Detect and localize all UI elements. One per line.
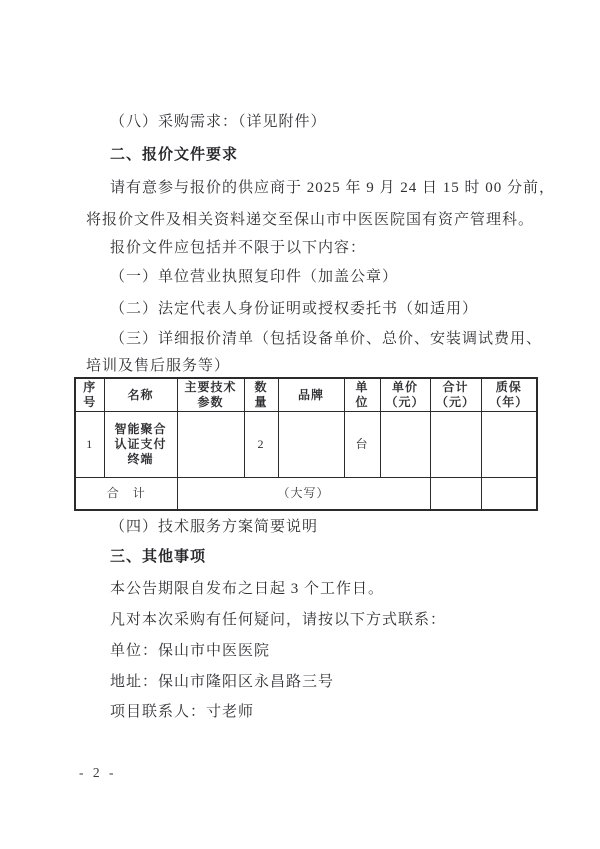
cell-unit-price [380,412,430,478]
header-seq: 序 号 [75,378,104,412]
cell-seq: 1 [75,412,104,478]
item-2-line: （二）法定代表人身份证明或授权委托书（如适用） [110,300,478,318]
submission-para-line-1: 请有意参与报价的供应商于 2025 年 9 月 24 日 15 时 00 分前， [110,179,555,197]
contact-intro-line: 凡对本次采购有任何疑问，请按以下方式联系： [110,611,446,629]
clause-8-line: （八）采购需求：（详见附件） [110,113,327,131]
item-3-line-2: 培训及售后服务等） [86,357,230,375]
header-name: 名称 [104,378,177,412]
table-header-row: 序 号 名称 主要技术 参数 数 量 品牌 单 位 单价 （元） 合计 （元） … [75,378,537,412]
item-3-line-1: （三）详细报价清单（包括设备单价、总价、安装调试费用、 [110,330,542,348]
header-tech-params: 主要技术 参数 [177,378,244,412]
cell-name: 智能聚合 认证支付 终端 [104,412,177,478]
header-unit: 单 位 [344,378,380,412]
document-page: （八）采购需求：（详见附件） 二、报价文件要求 请有意参与报价的供应商于 202… [0,0,600,849]
total-amount-cell [430,478,481,510]
cell-warranty [481,412,537,478]
contact-person-line: 项目联系人：寸老师 [110,703,254,721]
item-4-line: （四）技术服务方案简要说明 [110,518,318,536]
cell-total [430,412,481,478]
cell-unit: 台 [344,412,380,478]
section-2-heading: 二、报价文件要求 [110,146,238,164]
cell-brand [278,412,344,478]
table-total-row: 合 计 （大写） [75,478,537,510]
notice-period-line: 本公告期限自发布之日起 3 个工作日。 [110,580,384,598]
header-brand: 品牌 [278,378,344,412]
contents-intro-line: 报价文件应包括并不限于以下内容： [110,239,366,257]
cell-tech-params [177,412,244,478]
cell-qty: 2 [244,412,278,478]
header-qty: 数 量 [244,378,278,412]
total-label-cell: 合 计 [75,478,177,510]
header-total: 合计 （元） [430,378,481,412]
item-1-line: （一）单位营业执照复印件（加盖公章） [110,268,398,286]
contact-unit-line: 单位：保山市中医医院 [110,642,270,660]
price-table: 序 号 名称 主要技术 参数 数 量 品牌 单 位 单价 （元） 合计 （元） … [74,377,538,511]
caps-note-cell: （大写） [177,478,430,510]
total-warranty-cell [481,478,537,510]
header-unit-price: 单价 （元） [380,378,430,412]
section-3-heading: 三、其他事项 [110,548,206,566]
contact-address-line: 地址：保山市隆阳区永昌路三号 [110,673,334,691]
submission-para-line-2: 将报价文件及相关资料递交至保山市中医医院国有资产管理科。 [86,211,534,229]
table-item-row: 1 智能聚合 认证支付 终端 2 台 [75,412,537,478]
page-number: - 2 - [79,765,117,781]
header-warranty: 质保 （年） [481,378,537,412]
